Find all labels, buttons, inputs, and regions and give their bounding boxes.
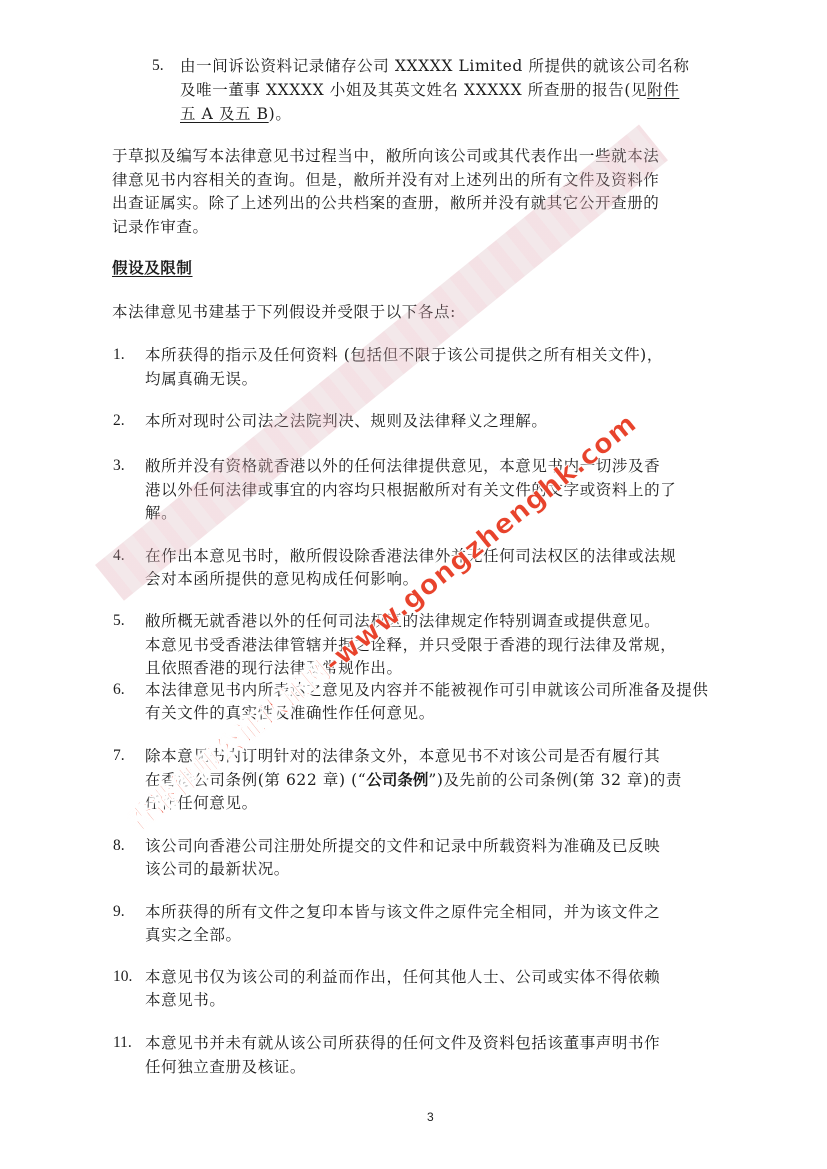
list-item-text: 该公司的最新状况。 [145,859,290,879]
paragraph-line: 出查证属实。除了上述列出的公共档案的查册，敝所并没有就其它公开查册的 [112,193,659,213]
list-item-text: 均属真确无误。 [145,369,258,389]
list-item-number: 8. [113,836,125,856]
list-item-text: 敝所概无就香港以外的任何司法权区的法律规定作特别调查或提供意见。 [145,611,660,631]
section-intro: 本法律意见书建基于下列假设并受限于以下各点: [112,302,456,322]
list-item-text: 真实之全部。 [145,925,242,945]
section-heading: 假设及限制 [112,258,193,278]
paragraph-line: 记录作审查。 [112,217,209,237]
list-item-number: 1. [113,345,125,365]
list-item-text: 本所获得的指示及任何资料 (包括但不限于该公司提供之所有相关文件)， [145,345,663,365]
list-item-text: 及唯一董事 XXXXX 小姐及其英文姓名 XXXXX 所查册的报告(见附件 [180,80,679,100]
list-item-text: 本所获得的所有文件之复印本皆与该文件之原件完全相同，并为该文件之 [145,902,660,922]
list-item-text: 解。 [145,503,177,523]
defined-term: 公司条例 [366,771,428,789]
list-item-number: 4. [113,546,125,566]
list-item-number: 2. [113,411,125,431]
list-item-number: 5. [152,56,164,76]
list-item-number: 11. [113,1033,132,1053]
list-item-text: 本意见书并未有就从该公司所获得的任何文件及资料包括该董事声明书作 [145,1033,660,1053]
list-item-text: 且依照香港的现行法律及常规作出。 [145,658,403,678]
list-item-number: 5. [113,611,125,631]
list-item-text: 本意见书受香港法律管辖并据之诠释，并只受限于香港的现行法律及常规， [145,635,676,655]
list-item-text: 本法律意见书内所表达之意见及内容并不能被视作可引申就该公司所准备及提供 [145,680,709,700]
list-item-text: 在作出本意见书时，敝所假设除香港法律外并无任何司法权区的法律或法规 [145,546,676,566]
list-item-text: 有关文件的真实性及准确性作任何意见。 [145,703,435,723]
list-item-number: 7. [113,746,125,766]
list-item-number: 6. [113,680,125,700]
appendix-reference: 五 A 及五 B [180,105,269,123]
document-page: 5. 由一间诉讼资料记录储存公司 XXXXX Limited 所提供的就该公司名… [0,0,827,1169]
list-item-text: 敝所并没有资格就香港以外的任何法律提供意见，本意见书内一切涉及香 [145,456,660,476]
appendix-reference: 附件 [647,81,679,99]
list-item-text: 五 A 及五 B)。 [180,104,291,124]
list-item-text: 由一间诉讼资料记录储存公司 XXXXX Limited 所提供的就该公司名称 [180,56,690,76]
list-item-number: 3. [113,456,125,476]
paragraph-line: 律意见书内容相关的查询。但是，敝所并没有对上述列出的所有文件及资料作 [112,170,659,190]
list-item-text: 会对本函所提供的意见构成任何影响。 [145,569,419,589]
list-item-text: 除本意见书内订明针对的法律条文外，本意见书不对该公司是否有履行其 [145,746,660,766]
list-item-text: 港以外任何法律或事宜的内容均只根据敝所对有关文件的文字或资料上的了 [145,480,676,500]
page-number: 3 [427,1109,434,1125]
list-item-text: 任作任何意见。 [145,793,258,813]
list-item-text: 在香港公司条例(第 622 章) (“公司条例”)及先前的公司条例(第 32 章… [145,770,682,790]
list-item-number: 10. [113,967,132,987]
list-item-text: 任何独立查册及核证。 [145,1057,306,1077]
list-item-text: 本意见书。 [145,990,226,1010]
paragraph-line: 于草拟及编写本法律意见书过程当中，敝所向该公司或其代表作出一些就本法 [112,146,659,166]
list-item-number: 9. [113,902,125,922]
list-item-text: 本所对现时公司法之法院判决、规则及法律释义之理解。 [145,411,548,431]
list-item-text: 该公司向香港公司注册处所提交的文件和记录中所载资料为准确及已反映 [145,836,660,856]
list-item-text: 本意见书仅为该公司的利益而作出，任何其他人士、公司或实体不得依赖 [145,967,660,987]
